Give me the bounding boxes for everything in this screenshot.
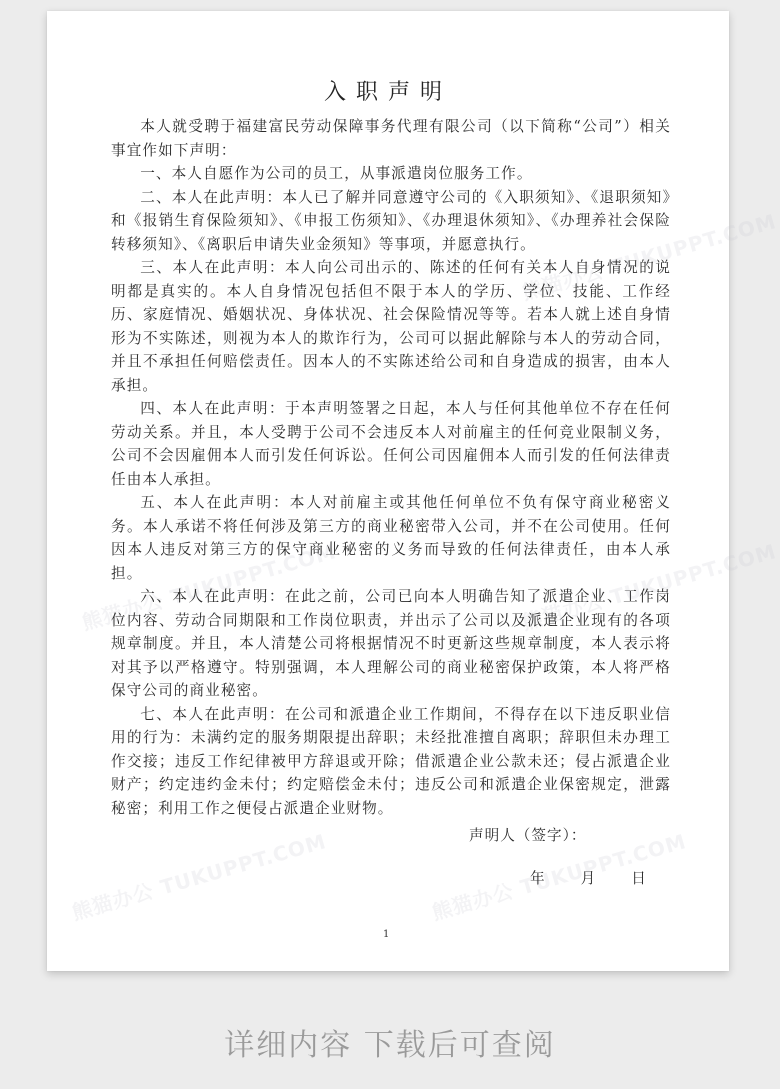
paragraph-6: 六、本人在此声明：在此之前，公司已向本人明确告知了派遣企业、工作岗位内容、劳动合… — [111, 585, 671, 703]
document-title: 入职声明 — [47, 75, 729, 106]
signature-date: 年 月 日 — [530, 867, 646, 888]
paragraph-intro: 本人就受聘于福建富民劳动保障事务代理有限公司（以下简称“公司”）相关事宜作如下声… — [111, 115, 671, 162]
paragraph-7: 七、本人在此声明：在公司和派遣企业工作期间，不得存在以下违反职业信用的行为：未满… — [111, 703, 671, 821]
date-month: 月 — [581, 867, 596, 888]
date-year: 年 — [530, 867, 545, 888]
document-page: 熊猫办公 TUKUPPT.COM 熊猫办公 TUKUPPT.COM 熊猫办公 T… — [47, 11, 729, 971]
download-hint: 详细内容 下载后可查阅 — [0, 1020, 780, 1064]
paragraph-4: 四、本人在此声明：于本声明签署之日起，本人与任何其他单位不存在任何劳动关系。并且… — [111, 397, 671, 491]
paragraph-5: 五、本人在此声明：本人对前雇主或其他任何单位不负有保守商业秘密义务。本人承诺不将… — [111, 491, 671, 585]
date-day: 日 — [631, 867, 646, 888]
signature-label: 声明人（签字）： — [469, 824, 586, 845]
watermark: 熊猫办公 TUKUPPT.COM — [68, 825, 329, 925]
page-number: 1 — [383, 929, 389, 940]
paragraph-3: 三、本人在此声明：本人向公司出示的、陈述的任何有关本人自身情况的说明都是真实的。… — [111, 256, 671, 397]
paragraph-2: 二、本人在此声明：本人已了解并同意遵守公司的《入职须知》、《退职须知》和《报销生… — [111, 186, 671, 257]
document-body: 本人就受聘于福建富民劳动保障事务代理有限公司（以下简称“公司”）相关事宜作如下声… — [111, 115, 671, 820]
paragraph-1: 一、本人自愿作为公司的员工，从事派遣岗位服务工作。 — [111, 162, 671, 186]
